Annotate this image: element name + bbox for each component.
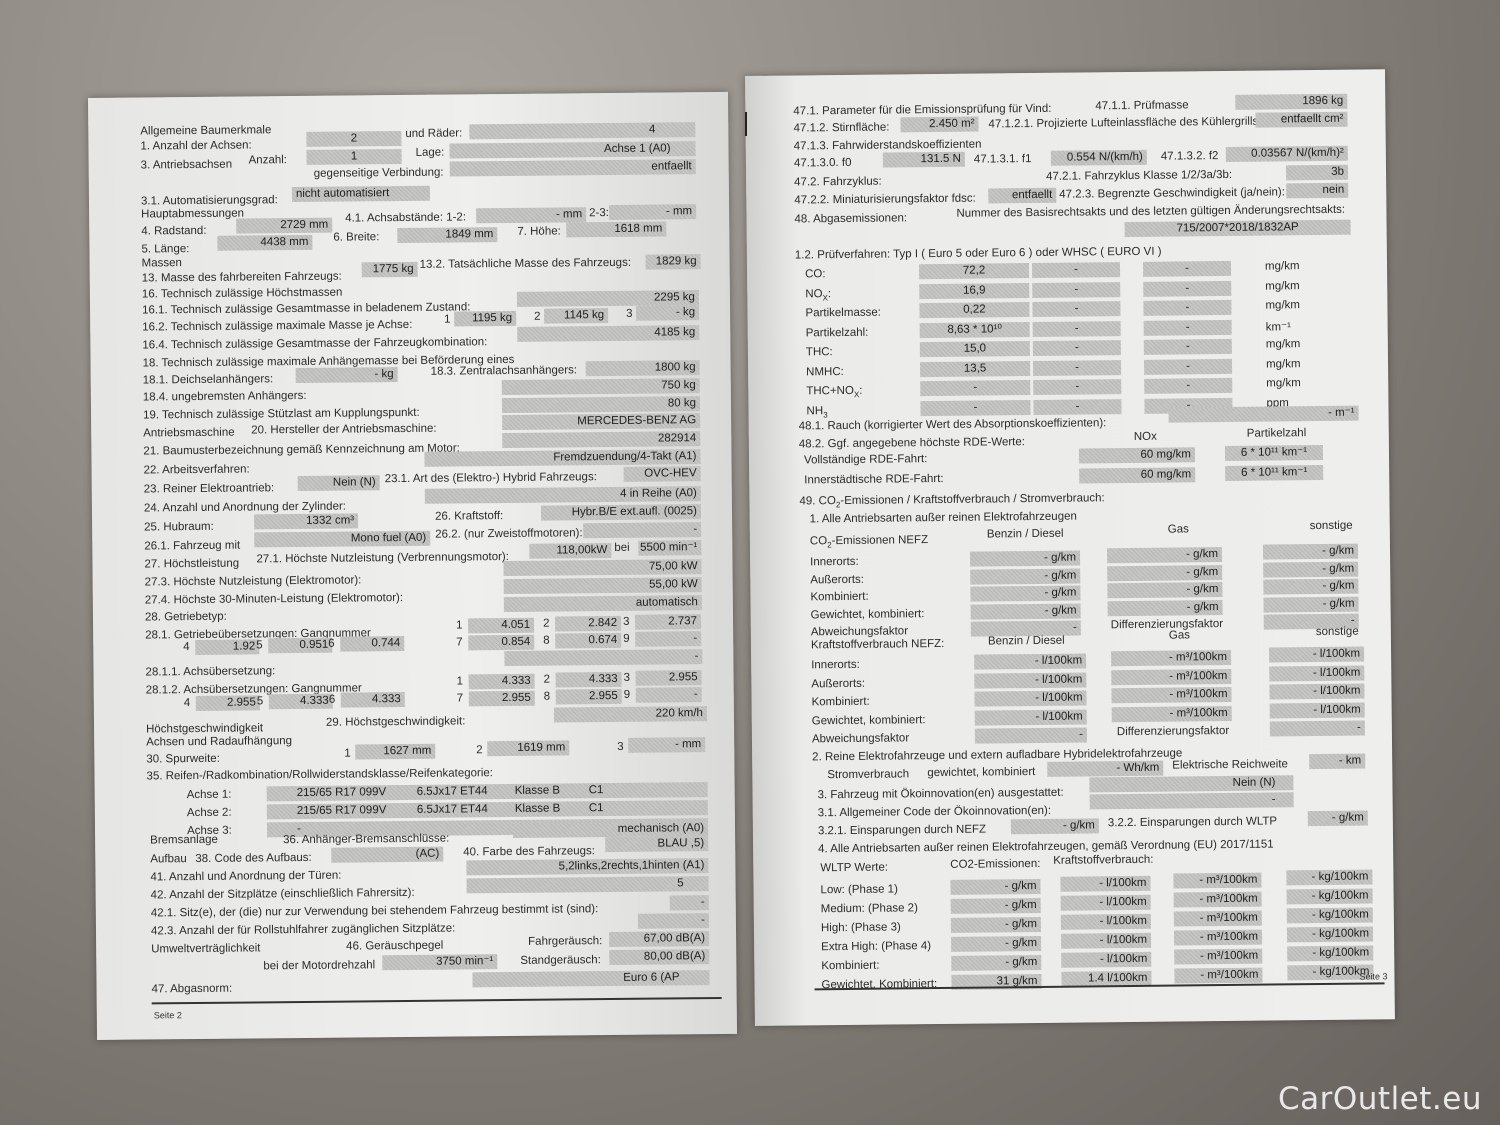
max-mass-heading: 16. Technisch zulässige Höchstmassen	[142, 287, 343, 301]
cycle-class-field: 3b	[1286, 165, 1348, 181]
ratio-index: 6	[328, 638, 335, 650]
document-page-2: Allgemeine Baumerkmale 1. Anzahl der Ach…	[88, 92, 737, 1040]
f0-label: 47.1.3.0. f0	[794, 157, 852, 170]
nedc-fuel-other: - l/100km	[1269, 684, 1364, 700]
emission-unit: mg/km	[1266, 377, 1301, 389]
emission-name: NMHC:	[806, 365, 844, 377]
nedc-fuel-other: - l/100km	[1269, 665, 1364, 681]
ratio-index: 7	[457, 692, 464, 704]
stationary-seats-field: -	[670, 895, 709, 910]
deviation-field: -	[975, 727, 1087, 743]
wheelchair-seats-label: 42.3. Anzahl der für Rollstuhlfahrer zug…	[151, 923, 455, 938]
ratio-index: 6	[329, 694, 336, 706]
width-field: 1849 mm	[397, 227, 497, 243]
central-axle-field: 1800 kg	[586, 360, 700, 376]
diff-field: -	[1270, 721, 1365, 737]
nedc-fuel-other: - l/100km	[1270, 702, 1365, 718]
wltp-fuel-l: - l/100km	[1061, 895, 1151, 911]
ratio-index: 4	[183, 641, 190, 653]
at-label: bei	[614, 542, 629, 554]
cylinders-field: 4 in Reihe (A0)	[425, 486, 701, 504]
position-label: Lage:	[415, 147, 444, 159]
nedc-co2-petrol: - g/km	[970, 568, 1080, 584]
color-label: 40. Farbe des Fahrzeugs:	[463, 845, 595, 858]
mass-actual-field: 1829 kg	[646, 254, 701, 270]
wltp-fuel-kg: - kg/100km	[1286, 869, 1372, 885]
rde-nox: 60 mg/km	[1079, 467, 1195, 483]
stationary-seats-label: 42.1. Sitz(e), der (die) nur zur Verwend…	[151, 903, 599, 919]
emission-value: -	[1143, 300, 1231, 316]
emission-value: -	[1033, 360, 1121, 376]
e-power-label: 27.3. Höchste Nutzleistung (Elektromotor…	[145, 574, 362, 588]
emission-value: -	[1033, 399, 1121, 415]
ratio-field: -	[635, 631, 701, 647]
length-label: 5. Länge:	[141, 243, 189, 255]
page-number: Seite 3	[1359, 971, 1387, 981]
frontal-label: 47.1.2. Stirnfläche:	[793, 121, 889, 134]
eco-field: Nein (N)	[1089, 775, 1293, 792]
footer-rule	[152, 997, 722, 1004]
rde-label: 48.2. Ggf. angegebene höchste RDE-Werte:	[799, 436, 1025, 450]
co2-heading: 49. CO2-Emissionen / Kraftstoffverbrauch…	[799, 492, 1104, 509]
cycle-class-label: 47.2.1. Fahrzyklus Klasse 1/2/3a/3b:	[1046, 169, 1232, 183]
gross-mass-field: 2295 kg	[517, 290, 699, 307]
emission-value: 72,2	[919, 263, 1029, 279]
nedc-co2-gas: - g/km	[1107, 582, 1222, 598]
tyre-spec: 215/65 R17 099V	[297, 803, 387, 819]
f1-label: 47.1.3.1. f1	[974, 153, 1032, 166]
rde-name: Vollständige RDE-Fahrt:	[804, 453, 927, 466]
test-proc-label: 1.2. Prüfverfahren: Typ I ( Euro 5 oder …	[795, 246, 1162, 262]
track-3-field: - mm	[628, 737, 705, 753]
ratio-field: 2.955	[196, 695, 260, 711]
nedc-co2-gas: - g/km	[1107, 565, 1222, 581]
nedc-fuel-petrol: - l/100km	[975, 709, 1087, 725]
binding-mark	[745, 112, 747, 136]
wltp-fuel-m3: - m³/100km	[1173, 873, 1261, 889]
track-label: 30. Spurweite:	[146, 753, 220, 766]
vertical-load-label: 19. Technisch zulässige Stützlast am Kup…	[143, 407, 420, 422]
fuel-mode-field: Mono fuel (A0)	[254, 531, 430, 548]
count-label: Anzahl:	[249, 154, 287, 166]
emission-name: NH3	[806, 405, 827, 420]
emission-unit: mg/km	[1265, 280, 1300, 292]
wltp-label: WLTP Werte:	[820, 862, 888, 875]
emission-value: -	[1144, 358, 1232, 374]
col-other: sonstige	[1316, 626, 1359, 638]
ratio-field: 2.955	[469, 691, 535, 707]
interconnection-label: gegenseitige Verbindung:	[314, 167, 444, 180]
wltp-co2: - g/km	[951, 936, 1041, 952]
ratio-index: 5	[256, 639, 263, 651]
wltp-co2: - g/km	[950, 879, 1040, 895]
gearbox-label: 28. Getriebetyp:	[145, 611, 227, 624]
emission-value: -	[1033, 379, 1121, 395]
body-code-field: (AC)	[331, 847, 443, 863]
wheels-label: und Räder:	[405, 127, 462, 140]
track-3-index: 3	[617, 741, 624, 753]
top-speed-field: 220 km/h	[554, 706, 707, 722]
nedc-co2-gas: - g/km	[1107, 547, 1222, 563]
nedc-fuel-gas: - m³/100km	[1111, 668, 1231, 684]
length-field: 4438 mm	[217, 235, 312, 251]
tyre-spec: Klasse B	[515, 784, 561, 799]
emission-value: 0,22	[919, 302, 1029, 318]
ice-rpm-field: 5500 min⁻¹	[638, 540, 701, 556]
wltp-heading: 4. Alle Antriebsarten außer reinen Elekt…	[818, 839, 1274, 856]
emission-value: -	[1143, 261, 1231, 277]
ratio-field: 0.951	[268, 638, 332, 654]
emission-unit: mg/km	[1265, 260, 1300, 272]
ratio-index: 2	[543, 618, 550, 630]
final-drive-field: -	[504, 649, 702, 666]
nedc-co2-other: - g/km	[1263, 596, 1358, 612]
emission-value: -	[1144, 339, 1232, 355]
ratio-index: 2	[544, 674, 551, 686]
wltp-fuel-m3: - m³/100km	[1174, 949, 1262, 965]
emission-unit: mg/km	[1265, 299, 1300, 311]
wltp-fuel-kg: - kg/100km	[1287, 945, 1373, 961]
f1-field: 0.554 N/(km/h)	[1051, 150, 1147, 166]
col-petrol: Benzin / Diesel	[988, 635, 1065, 648]
axles-field: 2	[306, 131, 401, 147]
emission-value: -	[920, 380, 1030, 396]
pure-electric-label: 23. Reiner Elektroantrieb:	[144, 482, 275, 495]
wltp-fuel-l: - l/100km	[1061, 952, 1151, 968]
col-petrol: Benzin / Diesel	[987, 528, 1064, 541]
capped-label: 47.2.3. Begrenzte Geschwindigkeit (ja/ne…	[1059, 186, 1285, 200]
e-power-field: 75,00 kW	[503, 559, 701, 576]
test-mass-label: 47.1.1. Prüfmasse	[1095, 99, 1188, 112]
dual-fuel-label: 26.2. (nur Zweistoffmotoren):	[435, 527, 583, 540]
emission-value: 8,63 * 10¹⁰	[920, 322, 1030, 338]
displacement-field: 1332 cm³	[254, 513, 358, 529]
e-range-field: - km	[1309, 754, 1365, 770]
params-label: 47.1. Parameter für die Emissionsprüfung…	[793, 103, 1051, 118]
body-code-label: 38. Code des Aufbaus:	[195, 852, 311, 865]
cycle-label: 47.2. Fahrzyklus:	[794, 176, 882, 189]
emission-std-field: Euro 6 (AP	[472, 970, 709, 987]
ratio-index: 5	[257, 695, 264, 707]
all-but-ev: 1. Alle Antriebsarten außer reinen Elekt…	[810, 511, 1077, 526]
axle-spacing-12-field: - mm	[476, 207, 586, 223]
emission-value: 15,0	[920, 341, 1030, 357]
combo-mass-label: 16.4. Technisch zulässige Gesamtmasse de…	[142, 336, 487, 351]
wltp-row-label: Medium: (Phase 2)	[821, 902, 918, 915]
wheels-field: 4	[469, 122, 695, 139]
nedc-fuel-gas: - m³/100km	[1112, 705, 1232, 721]
emission-name: Partikelzahl:	[806, 326, 869, 339]
eco-label: 3. Fahrzeug mit Ökoinnovation(en) ausges…	[817, 787, 1063, 802]
nedc-row-label: Gewichtet, kombiniert:	[811, 608, 925, 621]
noise-label: 46. Geräuschpegel	[346, 940, 443, 953]
fuel-label: 26. Kraftstoff:	[435, 510, 503, 523]
ratio-index: 1	[457, 675, 464, 687]
rde-nox-head: NOx	[1134, 431, 1157, 443]
ratio-index: 1	[456, 619, 463, 631]
dual-fuel-field: -	[583, 522, 701, 538]
eco-code-label: 3.1. Allgemeiner Code der Ökoinnovation(…	[818, 805, 1051, 819]
ratio-field: 4.333	[469, 674, 535, 690]
f2-label: 47.1.3.2. f2	[1161, 150, 1219, 163]
emission-name: THC:	[806, 346, 833, 358]
emission-value: -	[1144, 319, 1232, 335]
legal-act-field: 715/2007*2018/1832AP	[1125, 220, 1351, 237]
power-cons-field: - Wh/km	[1047, 761, 1163, 777]
e-30min-field: 55,00 kW	[504, 577, 702, 594]
legal-act-label: Nummer des Basisrechtsakts und des letzt…	[956, 204, 1345, 220]
fuel-mode-label: 26.1. Fahrzeug mit	[144, 540, 240, 553]
engine-code-label: 21. Baumusterbezeichnung gemäß Kennzeich…	[143, 442, 460, 457]
drive-noise-label: Fahrgeräusch:	[528, 935, 602, 948]
drive-axles-field: 1	[307, 149, 402, 165]
nedc-fuel-label: Kraftstoffverbrauch NEFZ:	[811, 638, 944, 651]
capped-field: nein	[1286, 183, 1348, 199]
nedc-co2-petrol: - g/km	[970, 551, 1080, 567]
eco-nedc-label: 3.2.1. Einsparungen durch NEFZ	[818, 824, 986, 838]
section-engine: Antriebsmaschine	[143, 427, 235, 440]
final-drive-label: 28.1.1. Achsübersetzung:	[145, 665, 275, 678]
tyre-spec: 6.5Jx17 ET44	[417, 784, 488, 800]
rpm-field: 3750 min⁻¹	[382, 954, 497, 970]
ratio-index: 9	[623, 633, 630, 645]
nedc-fuel-row-label: Innerorts:	[811, 659, 860, 672]
nedc-co2-other: - g/km	[1263, 579, 1358, 595]
ratio-field: 4.333	[556, 672, 622, 688]
unbraked-label: 18.4. ungebremsten Anhängers:	[143, 390, 307, 404]
eco-wltp-label: 3.2.2. Einsparungen durch WLTP	[1108, 815, 1277, 829]
emission-value: -	[1033, 321, 1121, 337]
gearbox-field: automatisch	[504, 595, 702, 612]
nedc-co2-petrol: - g/km	[971, 603, 1081, 619]
hybrid-type-label: 23.1. Art des (Elektro-) Hybrid Fahrzeug…	[385, 471, 597, 485]
nedc-fuel-petrol: - l/100km	[974, 672, 1086, 688]
f0-field: 131.5 N	[883, 152, 965, 168]
tyre-axle-label: Achse 2:	[187, 807, 232, 819]
fuel-field: Hybr.B/E ext.aufl. (0025)	[541, 504, 701, 521]
ratio-index: 9	[624, 689, 631, 701]
e-range-label: Elektrische Reichweite	[1172, 758, 1288, 771]
emission-value: 16,9	[919, 283, 1029, 299]
wltp-co2-head: CO2-Emissionen:	[950, 858, 1040, 871]
wheelbase-label: 4. Radstand:	[141, 225, 206, 238]
tyre-spec: C1	[589, 801, 604, 816]
eco-code-field: -	[1090, 792, 1294, 809]
section-axles: Achsen und Radaufhängung	[146, 735, 292, 748]
ratio-index: 4	[184, 697, 191, 709]
ratio-field: 0.744	[340, 636, 404, 652]
rde-pn: 6 * 10¹¹ km⁻¹	[1225, 445, 1323, 461]
seats-field: 5	[467, 876, 709, 893]
wltp-row-label: High: (Phase 3)	[821, 921, 901, 934]
ratio-field: 2.955	[636, 670, 702, 686]
track-2-field: 1619 mm	[487, 740, 569, 756]
nedc-fuel-gas: - m³/100km	[1111, 687, 1231, 703]
tyre-axle-label: Achse 1:	[187, 789, 232, 801]
nedc-fuel-petrol: - l/100km	[974, 653, 1086, 669]
nedc-fuel-row-label: Außerorts:	[811, 677, 865, 690]
emission-name: THC+NOX:	[806, 385, 862, 400]
tyre-field: 215/65 R17 099V6.5Jx17 ET44Klasse BC1	[267, 800, 708, 819]
track-1-field: 1627 mm	[355, 744, 435, 760]
section-brakes: Bremsanlage	[150, 834, 218, 847]
e-30min-label: 27.4. Höchste 30-Minuten-Leistung (Elekt…	[145, 592, 403, 606]
diff-label: Differenzierungsfaktor	[1117, 725, 1229, 738]
displacement-label: 25. Hubraum:	[144, 521, 214, 534]
eco-nedc-field: - g/km	[1011, 818, 1099, 834]
ratio-field: 2.737	[635, 614, 701, 630]
section-dimensions: Hauptabmessungen	[141, 208, 244, 221]
ice-power-label: 27.1. Höchste Nutzleistung (Verbrennungs…	[256, 551, 509, 565]
rde-pn-head: Partikelzahl	[1247, 427, 1307, 440]
emission-std-label: 47. Abgasnorm:	[152, 983, 233, 996]
combo-mass-field: 4185 kg	[517, 325, 699, 342]
ratio-index: 8	[544, 691, 551, 703]
drawbar-label: 18.1. Deichselanhängers:	[143, 373, 274, 386]
drawbar-field: - kg	[296, 367, 398, 383]
gross-mass-label: 16.1. Technisch zulässige Gesamtmasse in…	[142, 301, 470, 316]
drive-axles-label: 3. Antriebsachsen	[141, 159, 233, 172]
emission-value: -	[1032, 262, 1120, 278]
emission-value: -	[920, 400, 1030, 416]
ratio-index: 3	[624, 672, 631, 684]
weighted-comb-label: gewichtet, kombiniert	[927, 766, 1035, 779]
wltp-fuel-l: - l/100km	[1061, 933, 1151, 949]
nedc-fuel-other: - l/100km	[1269, 647, 1364, 663]
ratio-index: 7	[456, 636, 463, 648]
wheelbase-field: 2729 mm	[236, 218, 332, 234]
page-number: Seite 2	[154, 1010, 182, 1020]
nedc-row-label: Innerorts:	[810, 556, 859, 569]
exhaust-label: 48. Abgasemissionen:	[794, 212, 907, 225]
diff-label: Differenzierungsfaktor	[1111, 618, 1223, 631]
wltp-co2: - g/km	[951, 917, 1041, 933]
watermark-logo: CarOutlet.eu	[1278, 1081, 1482, 1117]
wltp-fuel-kg: - kg/100km	[1287, 907, 1373, 923]
tyre-field: 215/65 R17 099V6.5Jx17 ET44Klasse BC1	[267, 782, 708, 801]
stat-noise-label: Standgeräusch:	[520, 954, 601, 967]
section-general: Allgemeine Baumerkmale	[140, 124, 271, 137]
col-gas: Gas	[1168, 523, 1189, 535]
emission-value: -	[1143, 280, 1231, 296]
wltp-co2: - g/km	[951, 955, 1041, 971]
emission-unit: km⁻¹	[1266, 319, 1291, 333]
ratio-field: 0.674	[555, 633, 621, 649]
deviation-label: Abweichungsfaktor	[811, 625, 908, 638]
working-principle-label: 22. Arbeitsverfahren:	[144, 463, 250, 476]
test-mass-field: 1896 kg	[1235, 94, 1347, 110]
wltp-fuel-head: Kraftstoffverbrauch:	[1053, 854, 1153, 867]
section-body: Aufbau	[150, 853, 187, 865]
vertical-load-field: 80 kg	[502, 396, 700, 413]
axle-spacing-23-field: - mm	[609, 204, 696, 220]
position-field: Achse 1 (A0)	[449, 141, 695, 158]
axle-mass-2-field: 1145 kg	[544, 308, 608, 324]
grille-label: 47.1.2.1. Projizierte Lufteinlassfläche …	[988, 116, 1261, 131]
doors-label: 41. Anzahl und Anordnung der Türen:	[150, 870, 341, 884]
emission-unit: mg/km	[1266, 358, 1301, 370]
wltp-fuel-l: - l/100km	[1060, 876, 1150, 892]
section-speed: Höchstgeschwindigkeit	[146, 722, 263, 735]
eco-wltp-field: - g/km	[1308, 811, 1368, 827]
wltp-row-label: Kombiniert:	[821, 960, 879, 973]
central-axle-label: 18.3. Zentralachsanhängers:	[431, 364, 578, 377]
trailer-brake-label: 36. Anhänger-Bremsanschlüsse:	[283, 833, 449, 847]
emission-name: NOX:	[805, 288, 831, 303]
nedc-co2-other: - g/km	[1263, 544, 1358, 560]
wheelchair-seats-field: -	[638, 913, 709, 929]
wltp-row-label: Low: (Phase 1)	[820, 883, 897, 896]
nedc-fuel-row-label: Kombiniert:	[811, 696, 869, 709]
wltp-fuel-kg: - kg/100km	[1287, 888, 1373, 904]
wltp-row-label: Extra High: (Phase 4)	[821, 940, 931, 953]
track-1-index: 1	[344, 748, 351, 760]
nedc-row-label: Kombiniert:	[810, 591, 868, 604]
ratio-field: 2.842	[555, 616, 621, 632]
emission-name: Partikelmasse:	[805, 307, 881, 320]
rde-name: Innerstädtische RDE-Fahrt:	[804, 473, 943, 486]
ratio-field: -	[636, 687, 702, 703]
grille-field: entfaellt cm²	[1255, 112, 1347, 128]
tyre-spec: 6.5Jx17 ET44	[417, 802, 488, 818]
stat-noise-field: 80,00 dB(A)	[609, 949, 709, 965]
fdsc-field: entfaellt	[988, 188, 1056, 204]
width-label: 6. Breite:	[333, 231, 379, 243]
wltp-fuel-m3: - m³/100km	[1174, 968, 1262, 984]
drive-noise-field: 67,00 dB(A)	[609, 931, 709, 947]
axle-mass-3-field: - kg	[636, 305, 699, 321]
ratio-field: 2.955	[556, 689, 622, 705]
rde-nox: 60 mg/km	[1079, 447, 1195, 463]
emission-value: -	[1144, 378, 1232, 394]
axles-label: 1. Anzahl der Achsen:	[140, 139, 251, 152]
rde-pn: 6 * 10¹¹ km⁻¹	[1225, 465, 1323, 481]
engine-code-field: 282914	[502, 431, 700, 448]
interconnection-field: entfaellt	[450, 159, 696, 176]
nedc-fuel-petrol: - l/100km	[974, 690, 1086, 706]
height-label: 7. Höhe:	[517, 225, 561, 237]
pure-electric-field: Nein (N)	[298, 475, 380, 491]
tyre-spec: 215/65 R17 099V	[297, 785, 387, 801]
axle-mass-3-index: 3	[626, 308, 633, 320]
nedc-fuel-row-label: Gewichtet, kombiniert:	[812, 714, 926, 727]
mass-actual-label: 13.2. Tatsächliche Masse des Fahrzeugs:	[420, 257, 631, 271]
axle-spacing-23-label: 2-3:	[589, 207, 609, 219]
ratio-field: 4.333	[269, 694, 333, 710]
nedc-co2-other: - g/km	[1263, 561, 1358, 577]
seats-label: 42. Anzahl der Sitzplätze (einschließlic…	[151, 887, 415, 902]
cylinders-label: 24. Anzahl und Anordnung der Zylinder:	[144, 501, 346, 515]
section-masses: Massen	[142, 257, 182, 269]
wltp-fuel-l: - l/100km	[1061, 914, 1151, 930]
engine-maker-field: MERCEDES-BENZ AG	[502, 413, 700, 430]
emission-value: -	[1032, 301, 1120, 317]
track-2-index: 2	[476, 744, 483, 756]
tyres-label: 35. Reifen-/Radkombination/Rollwiderstan…	[146, 767, 493, 782]
nedc-fuel-gas: - m³/100km	[1111, 650, 1231, 666]
emission-value: 13,5	[920, 361, 1030, 377]
ratio-field: 0.854	[468, 635, 534, 651]
wltp-fuel-m3: - m³/100km	[1174, 911, 1262, 927]
smoke-label: 48.1. Rauch (korrigierter Wert des Absor…	[799, 417, 1107, 432]
col-other: sonstige	[1310, 520, 1353, 532]
working-principle-field: Fremdzuendung/4-Takt (A1)	[424, 449, 700, 467]
automation-label: 3.1. Automatisierungsgrad:	[141, 194, 278, 207]
axle-mass-1-field: 1195 kg	[454, 311, 516, 327]
mass-running-field: 1775 kg	[362, 262, 418, 278]
wltp-fuel-kg: - kg/100km	[1287, 926, 1373, 942]
ratio-field: 4.051	[468, 618, 534, 634]
